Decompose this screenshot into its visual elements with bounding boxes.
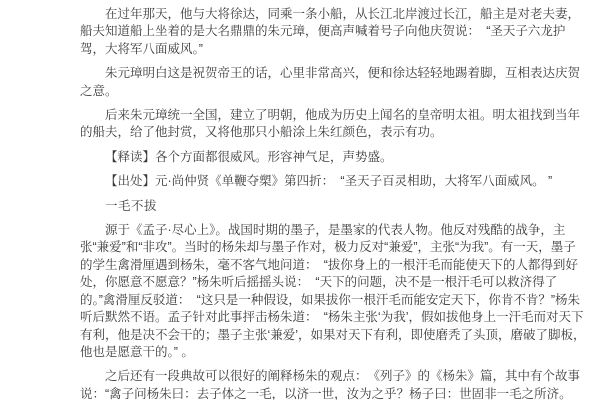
paragraph-ming-founding: 后来朱元璋统一全国，建立了明朝，他成为历史上闻名的皇帝明太祖。明太祖找到当年的船… [80,107,588,142]
annotation-interpretation: 【释读】各个方面都很威风。形容神气足，声势盛。 [80,149,588,166]
document-page: 在过年那天，他与大将徐达，同乘一条小船，从长江北岸渡过长江，船主是对老夫妻，船夫… [0,0,600,400]
idiom-heading: 一毛不拔 [80,198,588,215]
paragraph-yangzhu-mozi-story: 源于《孟子·尽心上》。战国时期的墨子，是墨家的代表人物。他反对残酷的战争，主张“… [80,222,588,361]
paragraph-liezi-allusion: 之后还有一段典故可以很好的阐释杨朱的观点： 《列子》的《杨朱》篇，其中有个故事说… [80,368,588,400]
annotation-source: 【出处】元·尚仲贤《单鞭夺槊》第四折： “圣天子百灵相助，大将军八面威风。 ” [80,173,588,190]
paragraph-boat-crossing: 在过年那天，他与大将徐达，同乘一条小船，从长江北岸渡过长江，船主是对老夫妻，船夫… [80,6,588,58]
paragraph-zhu-pleased: 朱元璋明白这是祝贺帝王的话，心里非常高兴，便和徐达轻轻地踢着脚，互相表达庆贺之意… [80,65,588,100]
